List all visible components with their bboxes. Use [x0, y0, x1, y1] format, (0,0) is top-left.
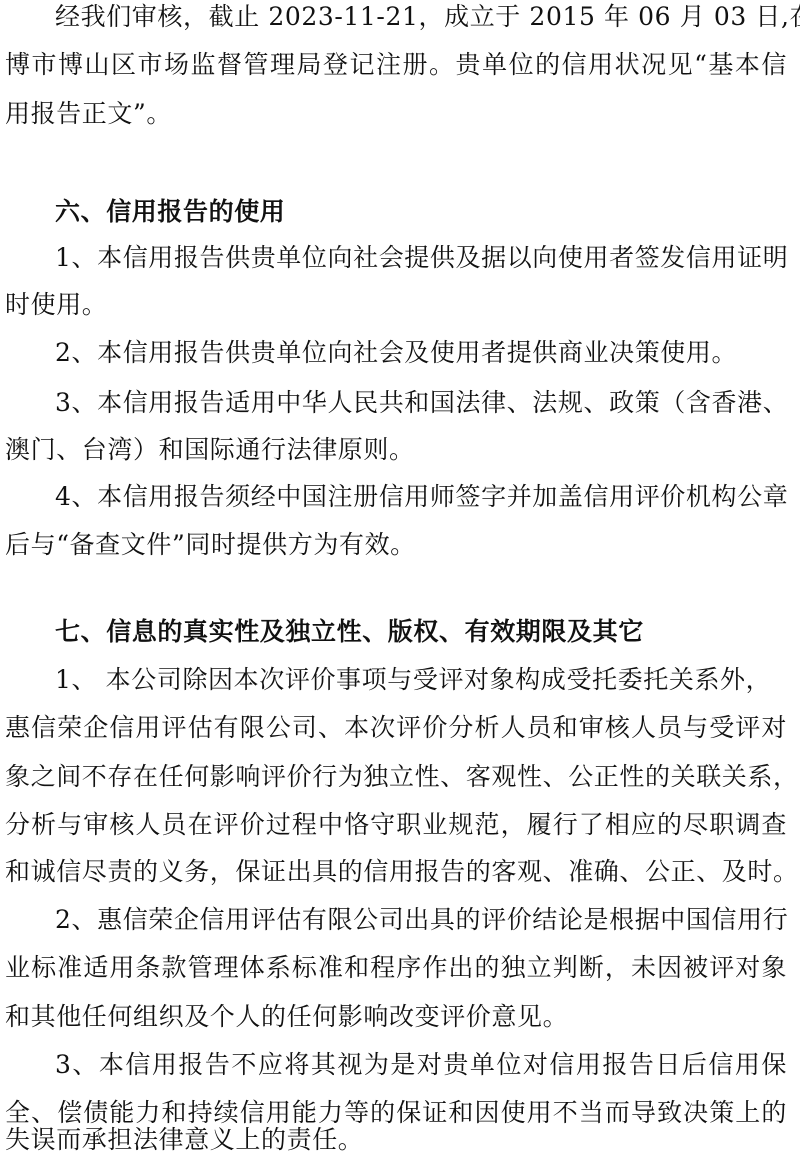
paragraph-line: 澳门、台湾）和国际通行法律原则。 — [5, 433, 787, 467]
paragraph-line: 3、本信用报告适用中华人民共和国法律、法规、政策（含香港、 — [55, 386, 787, 420]
paragraph-line: 3、本信用报告不应将其视为是对贵单位对信用报告日后信用保 — [55, 1048, 787, 1082]
section-heading: 七、信息的真实性及独立性、版权、有效期限及其它 — [55, 615, 787, 649]
paragraph-line: 业标准适用条款管理体系标准和程序作出的独立判断，未因被评对象 — [5, 951, 787, 985]
paragraph-line: 象之间不存在任何影响评价行为独立性、客观性、公正性的关联关系， — [5, 760, 787, 794]
paragraph-line: 和其他任何组织及个人的任何影响改变评价意见。 — [5, 1000, 787, 1034]
paragraph-line: 和诚信尽责的义务，保证出具的信用报告的客观、准确、公正、及时。 — [5, 855, 787, 889]
paragraph-line: 后与“备查文件”同时提供方为有效。 — [5, 528, 787, 562]
paragraph-line: 时使用。 — [5, 288, 787, 322]
paragraph-line: 2、本信用报告供贵单位向社会及使用者提供商业决策使用。 — [55, 336, 787, 370]
paragraph-line: 1、本信用报告供贵单位向社会提供及据以向使用者签发信用证明 — [55, 241, 787, 275]
section-heading: 六、信用报告的使用 — [55, 195, 787, 229]
paragraph-line: 用报告正文”。 — [5, 97, 787, 131]
paragraph-line: 博市博山区市场监督管理局登记注册。贵单位的信用状况见“基本信 — [5, 48, 787, 82]
paragraph-line: 经我们审核，截止 2023-11-21，成立于 2015 年 06 月 03 日… — [55, 0, 787, 34]
paragraph-line: 2、惠信荣企信用评估有限公司出具的评价结论是根据中国信用行 — [55, 903, 787, 937]
paragraph-line: 惠信荣企信用评估有限公司、本次评价分析人员和审核人员与受评对 — [5, 711, 787, 745]
paragraph-line: 1、 本公司除因本次评价事项与受评对象构成受托委托关系外， — [55, 663, 762, 697]
paragraph-line: 4、本信用报告须经中国注册信用师签字并加盖信用评价机构公章 — [55, 480, 787, 514]
paragraph-line: 失误而承担法律意义上的责任。 — [5, 1123, 787, 1157]
paragraph-line: 分析与审核人员在评价过程中恪守职业规范，履行了相应的尽职调查 — [5, 808, 787, 842]
